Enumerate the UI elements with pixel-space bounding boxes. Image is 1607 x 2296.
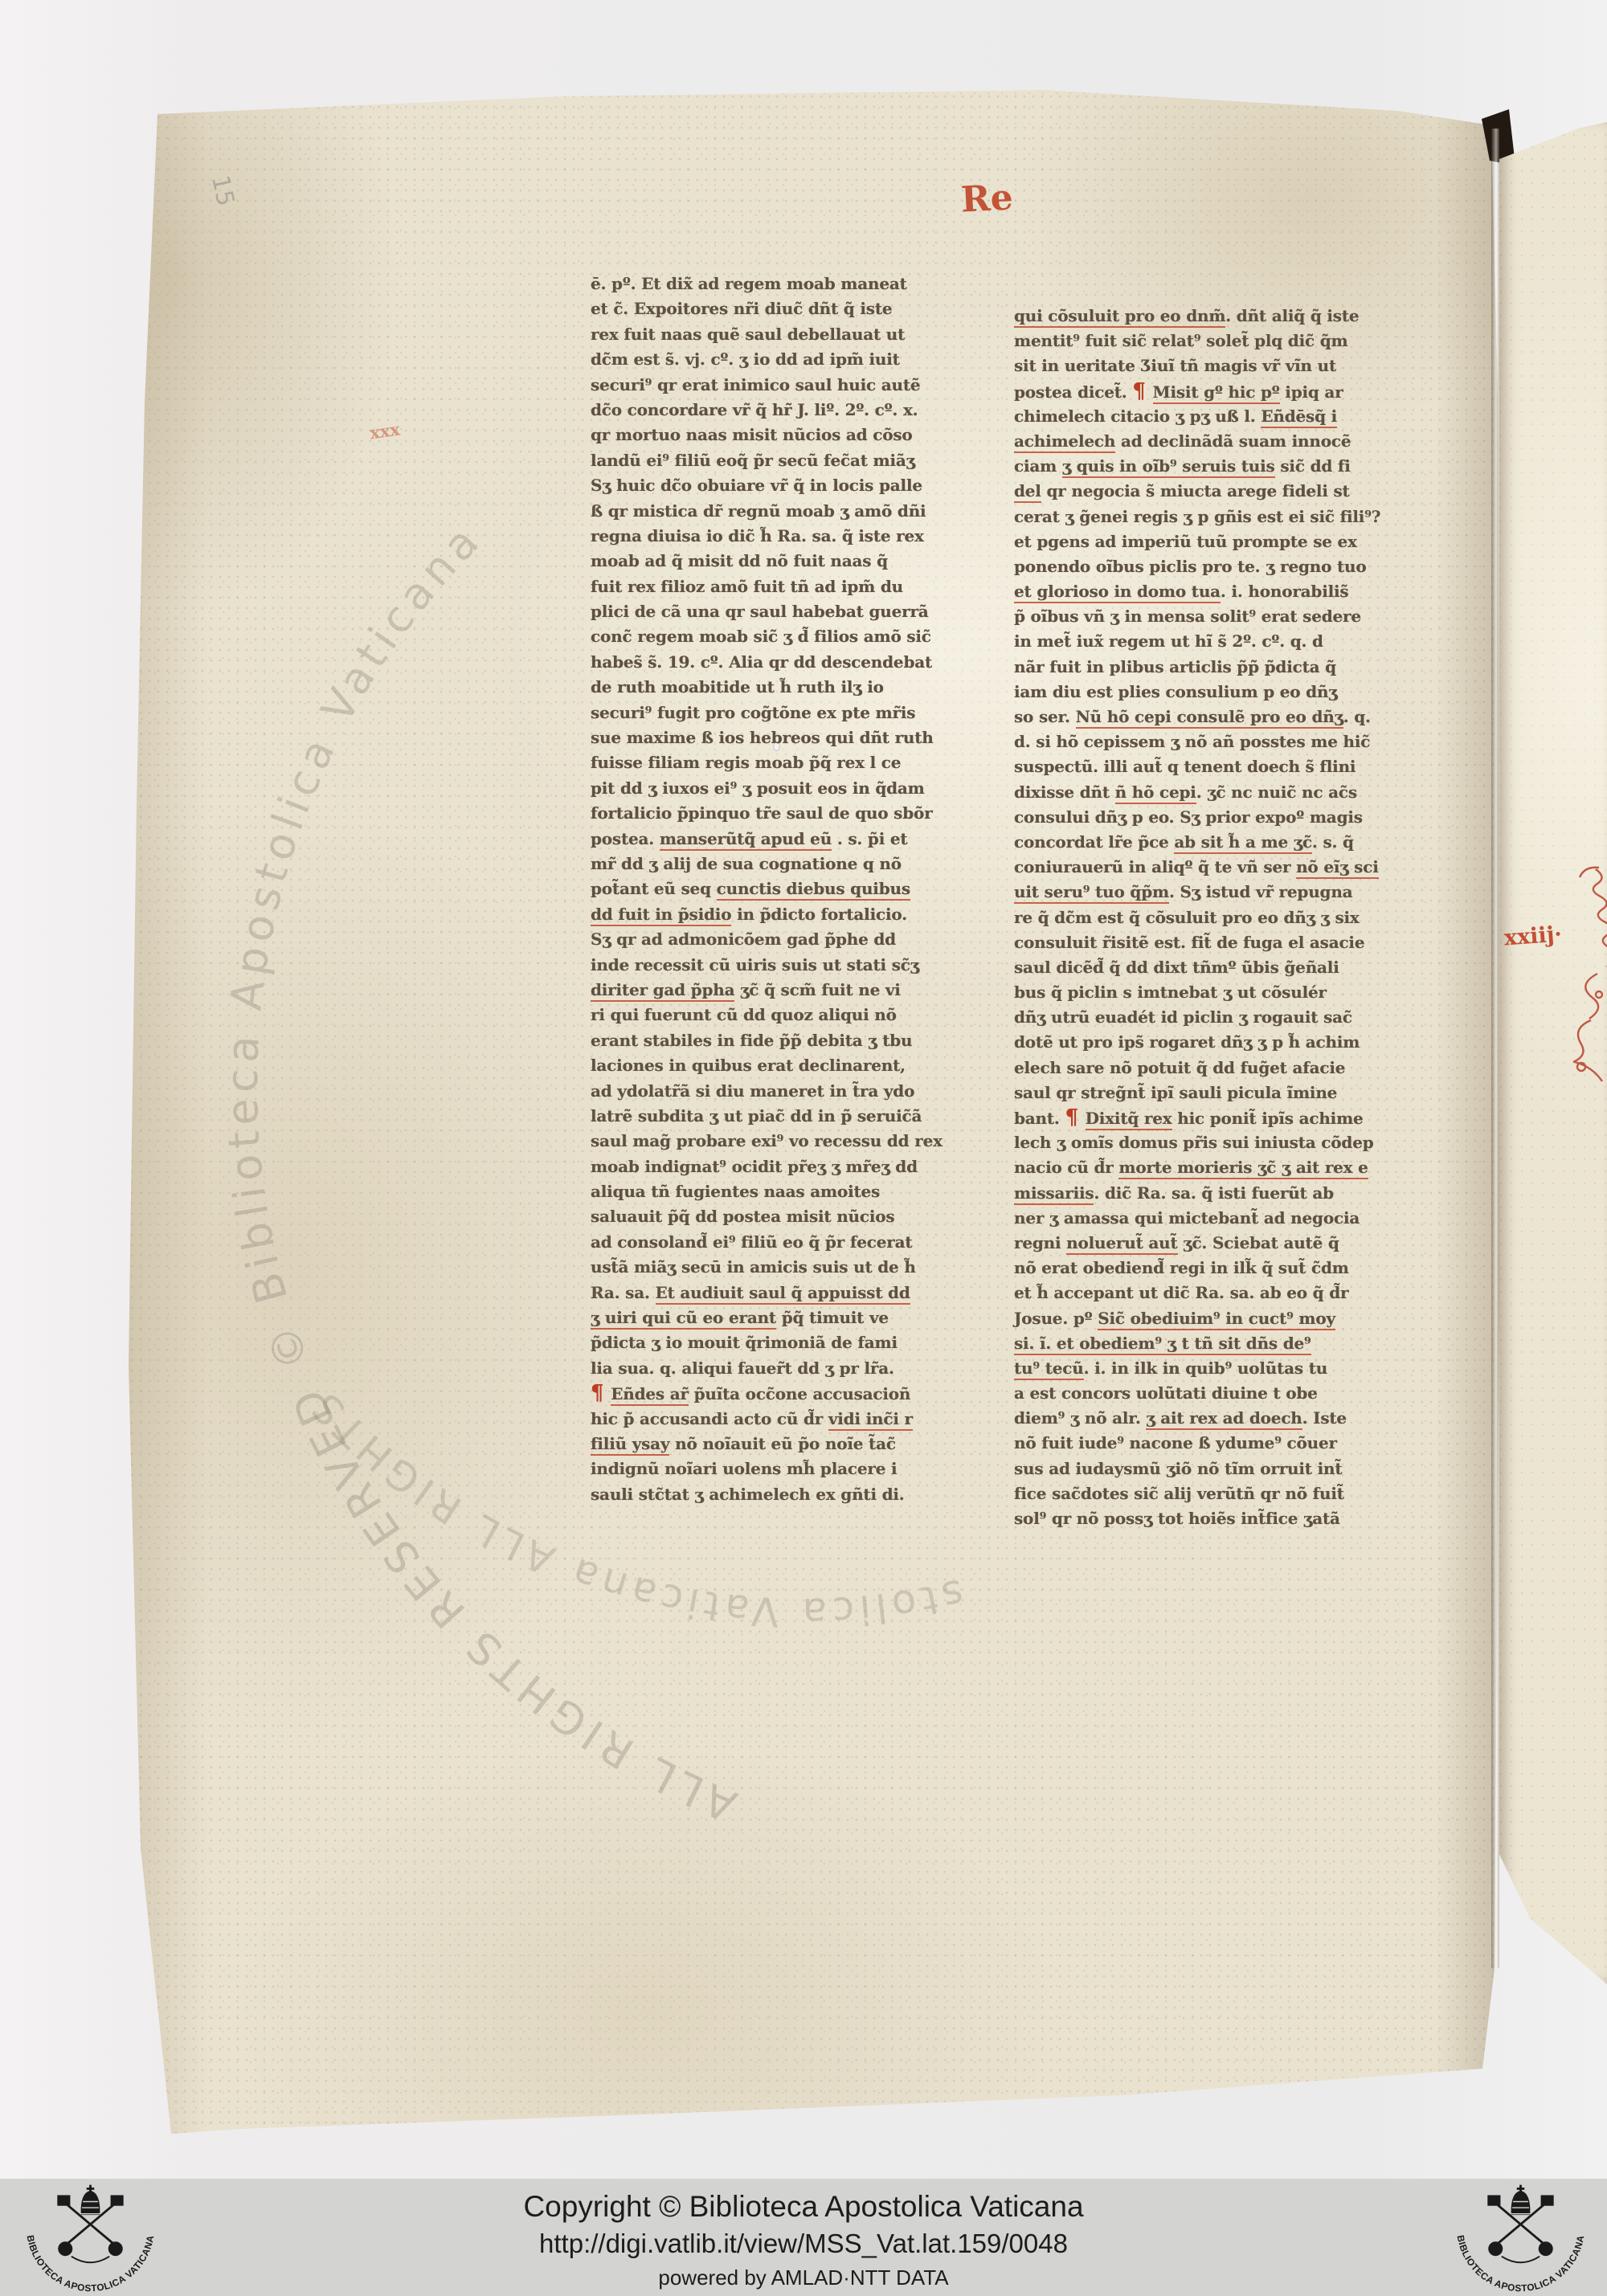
manuscript-line: hic p̃ accusandi acto cũ d̃r vidi inc̃i … (591, 1407, 968, 1432)
ink-text: nõ fuit iude⁹ nacone ß ydume⁹ cõuer (1014, 1433, 1337, 1452)
ink-text: postea. (591, 829, 660, 848)
manuscript-line: Ra. sa. Et audiuit saul q̃ appuisst dd (591, 1281, 968, 1305)
manuscript-line: suspectũ. illi aut̃ q tenent doech s̃ fl… (1014, 754, 1436, 779)
ink-text: p̃uĩta occ̃one accusacioñ (689, 1384, 910, 1403)
ink-text: pot̃ant eũ seq (591, 879, 717, 898)
manuscript-line: plici de cã una qr saul habebat guerrã (591, 599, 968, 624)
ink-text: saul qr streg̃nt̃ ipĩ sauli picula ĩmine (1014, 1083, 1337, 1102)
rubricated-underline-text: dd fuit in p̃sidio (591, 905, 731, 926)
rubricated-underline-text: si. ı̃. et obediem⁹ ʒ t tñ sit dñs de⁹ (1014, 1334, 1311, 1355)
ink-text: aliqua tñ fugientes naas amoites (591, 1182, 880, 1201)
manuscript-line: Josue. pº Sic̃ obediuim⁹ in cuct⁹ moy (1014, 1306, 1436, 1331)
manuscript-line: de ruth moabitide ut h̃ ruth ilʒ io (591, 675, 968, 700)
ink-text: Josue. pº (1014, 1309, 1098, 1328)
ink-text: fuisse filiam regis moab p̃q̃ rex l ce (591, 753, 901, 772)
ink-text: ner ʒ amassa qui mictebant̃ ad negocia (1014, 1208, 1360, 1228)
manuscript-line: ner ʒ amassa qui mictebant̃ ad negocia (1014, 1206, 1436, 1231)
ink-text: ß qr mistica dr̃ regnũ moab ʒ amõ dñi (591, 501, 926, 521)
rubricated-underline-text: morte morieris ʒc̃ ʒ ait rex e (1118, 1158, 1368, 1179)
ink-text: latrẽ subdita ʒ ut piac̃ dd in p̃ seruic… (591, 1106, 922, 1126)
ink-text: . Iste (1302, 1408, 1347, 1428)
manuscript-line: saul dicẽd̃ q̃ dd dixt tñmº ũbis g̃eñali (1014, 955, 1436, 980)
manuscript-line: pot̃ant eũ seq cunctis diebus quibus (591, 876, 968, 901)
ink-text: plici de cã una qr saul habebat guerrã (591, 602, 929, 621)
vatican-logo-right: BIBLIOTECA APOSTOLICA VATICANA (1442, 2180, 1599, 2294)
next-folio-chapter-number: xxiij· (1503, 922, 1563, 951)
ink-text: so ser. (1014, 707, 1076, 726)
rubricated-underline-text: achimelech (1014, 431, 1115, 453)
ink-text: Sʒ huic dc̃o obuiare vr̃ q̃ in locis pal… (591, 476, 922, 495)
manuscript-line: ē. pº. Et dix̃ ad regem moab maneat (591, 272, 968, 296)
ink-text: lia sua. q. aliqui fauer̃t dd ʒ pr lr̃a. (591, 1358, 894, 1378)
ink-text: . dñt aliq̃ q̃ iste (1225, 306, 1359, 325)
rubricated-underline-text: Eñdes ar̃ (611, 1384, 689, 1406)
ink-text: coniurauerũ in aliqº q̃ te vñ ser (1014, 857, 1296, 876)
vatican-logo-left: BIBLIOTECA APOSTOLICA VATICANA (12, 2180, 169, 2294)
rubricated-underline-text: uit seru⁹ tuo q̃p̃m (1014, 882, 1169, 904)
manuscript-line: in met̃ iux̃ regem ut hĩ s̃ 2º. cº. q. d (1014, 629, 1436, 654)
manuscript-line: sauli stc̃tat ʒ achimelech ex gñti di. (591, 1482, 968, 1507)
manuscript-line: bus q̃ piclin s imtnebat ʒ ut cõsulér (1014, 980, 1436, 1005)
manuscript-line: iam diu est plies consulium p eo dñʒ (1014, 680, 1436, 705)
rubricated-underline-text: Nũ hõ cepi consulẽ pro eo dñʒ (1076, 707, 1343, 729)
ink-text: rex fuit naas quẽ saul debellauat ut (591, 325, 905, 344)
ink-text: sic̃ dd fi (1275, 456, 1351, 476)
manuscript-line: si. ı̃. et obediem⁹ ʒ t tñ sit dñs de⁹ (1014, 1331, 1436, 1356)
manuscript-line: consului dñʒ p eo. Sʒ prior expoº magis (1014, 805, 1436, 830)
ink-text: in p̃dicto fortalicio. (731, 905, 907, 924)
ink-text: securi⁹ qr erat inimico saul huic autẽ (591, 375, 920, 394)
ink-text: . dic̃ Ra. sa. q̃ isti fuerũt ab (1094, 1183, 1333, 1203)
ink-text: ad declinãdã suam innocẽ (1115, 431, 1351, 451)
ink-text: re q̃ dc̃m est q̃ cõsuluit pro eo dñʒ ʒ … (1014, 908, 1360, 927)
ink-text: dixisse dñt (1014, 782, 1115, 802)
rubricated-underline-text: del (1014, 481, 1041, 503)
rubricated-underline-text: ʒ ait rex ad doech (1146, 1408, 1302, 1430)
manuscript-line: securi⁹ fugit pro cog̃tõne ex pte mr̃is (591, 701, 968, 725)
manuscript-line: ust̃ã miãʒ secū in amicis suis ut de h̃ (591, 1255, 968, 1280)
rubricated-underline-text: noluerut̃ aut̃ (1066, 1233, 1177, 1255)
ink-text: nõ erat obediend̃ regi in ilk̃ q̃ sut̃ c… (1014, 1258, 1349, 1277)
manuscript-line: re q̃ dc̃m est q̃ cõsuluit pro eo dñʒ ʒ … (1014, 905, 1436, 930)
ink-text: fortalicio p̃pinquo tr̃e saul de quo sbõ… (591, 803, 933, 823)
manuscript-line: landũ ei⁹ filiũ eoq̃ p̃r secũ fec̃at miã… (591, 448, 968, 473)
manuscript-line: saluauit p̃q̃ dd postea misit nũcios (591, 1204, 968, 1229)
ink-text: ē. pº. Et dix̃ ad regem moab maneat (591, 274, 907, 293)
manuscript-line: chimelech citacio ʒ pʒ uß l. Eñdēsq̃ i (1014, 404, 1436, 429)
manuscript-line: laciones in quibus erat declinarent, (591, 1053, 968, 1078)
manuscript-line: aliqua tñ fugientes naas amoites (591, 1179, 968, 1204)
ink-text: consului dñʒ p eo. Sʒ prior expoº magis (1014, 807, 1363, 827)
manuscript-line: moab ad q̃ misit dd nõ fuit naas q̃ (591, 549, 968, 574)
svg-text:BIBLIOTECA APOSTOLICA VATICANA: BIBLIOTECA APOSTOLICA VATICANA (25, 2234, 157, 2294)
ink-text: moab indignat⁹ ocidit pr̃eʒ ʒ mr̃eʒ dd (591, 1157, 918, 1176)
manuscript-line: fice sac̃dotes sic̃ alij verũtñ qr nõ fu… (1014, 1481, 1436, 1506)
ink-text: saluauit p̃q̃ dd postea misit nũcios (591, 1207, 894, 1226)
page-fold-highlight (1491, 129, 1499, 1968)
ink-text: . Sʒ istud vr̃ repugna (1169, 882, 1352, 901)
manuscript-line: sus ad iudaysmũ ʒiõ nõ tĩm orruit int̃ (1014, 1456, 1436, 1481)
rubricated-underline-text: diriter gad p̃pha (591, 980, 734, 1002)
pencil-folio-number: 15 (206, 173, 239, 209)
footer-copyright: Copyright © Biblioteca Apostolica Vatica… (241, 2190, 1366, 2224)
manuscript-line: Sʒ qr ad admonicõem gad p̃phe dd (591, 927, 968, 952)
ink-text: a est concors uolũtati diuine t obe (1014, 1383, 1318, 1403)
manuscript-line: fuisse filiam regis moab p̃q̃ rex l ce (591, 750, 968, 775)
ink-text: regni (1014, 1233, 1066, 1252)
ink-text: lech ʒ omĩs domus pr̃is sui iniusta cõde… (1014, 1133, 1374, 1152)
ink-text: ri qui fuerunt cũ dd quoz aliqui nõ (591, 1005, 897, 1024)
manuscript-line: et h̃ accepant ut dic̃ Ra. sa. ab eo q̃ … (1014, 1281, 1436, 1305)
manuscript-line: fortalicio p̃pinquo tr̃e saul de quo sbõ… (591, 801, 968, 826)
ink-text: securi⁹ fugit pro cog̃tõne ex pte mr̃is (591, 703, 915, 722)
manuscript-line: d. si hõ cepissem ʒ nõ añ posstes me hic… (1014, 729, 1436, 754)
logo-arc-text: BIBLIOTECA APOSTOLICA VATICANA (25, 2234, 157, 2294)
rubricated-underline-text: ab sit h̃ a me ʒc̃ (1174, 832, 1312, 854)
ink-text: . s. p̃i et (832, 829, 907, 848)
rubricated-underline-text: Sic̃ obediuim⁹ in cuct⁹ moy (1098, 1309, 1335, 1330)
ink-text: landũ ei⁹ filiũ eoq̃ p̃r secũ fec̃at miã… (591, 451, 915, 470)
manuscript-line: et glorioso in domo tua. i. honorabilis̃ (1014, 579, 1436, 604)
ink-text: p̃q̃ timuit ve (776, 1308, 889, 1327)
footer-bar: Copyright © Biblioteca Apostolica Vatica… (0, 2179, 1607, 2296)
ink-text: ʒc̃. Sciebat autẽ q̃ (1178, 1233, 1339, 1252)
manuscript-line: saul qr streg̃nt̃ ipĩ sauli picula ĩmine (1014, 1081, 1436, 1105)
manuscript-line: postea dicet̃. ¶ Misit gº hic pº ipiq ar (1014, 379, 1436, 404)
manuscript-line: ponendo oĩbus piclis pro te. ʒ regno tuo (1014, 554, 1436, 579)
rubricated-underline-text: tu⁹ tecũ (1014, 1358, 1084, 1380)
rubricated-underline-text: ʒ quis in oĩb⁹ seruis tuis (1062, 456, 1275, 478)
ink-text: p̃dicta ʒ io mouit q̃rimoniã de fami (591, 1333, 898, 1352)
ink-text: ipiq ar (1280, 382, 1343, 402)
manuscript-line: latrẽ subdita ʒ ut piac̃ dd in p̃ seruic… (591, 1104, 968, 1129)
manuscript-line: coniurauerũ in aliqº q̃ te vñ ser nõ eĩʒ… (1014, 855, 1436, 880)
manuscript-line: et pgens ad imperiũ tuũ prompte se ex (1014, 529, 1436, 554)
ink-text: p̃ oĩbus vñ ʒ in mensa solit⁹ erat seder… (1014, 607, 1361, 626)
manuscript-line: qui cõsuluit pro eo dnm̃. dñt aliq̃ q̃ i… (1014, 304, 1436, 329)
manuscript-line: diriter gad p̃pha ʒc̃ q̃ scm̃ fuit ne vi (591, 978, 968, 1003)
manuscript-line: lech ʒ omĩs domus pr̃is sui iniusta cõde… (1014, 1130, 1436, 1155)
rubricated-underline-text: manserũtq̃ apud eũ (660, 829, 832, 851)
ink-text: sit in ueritate Ʒiuĩ tñ magis vr̃ vĩn ut (1014, 356, 1336, 375)
rubricated-underline-text: et glorioso in domo tua (1014, 582, 1221, 603)
manuscript-line: ad consoland̃ ei⁹ filiũ eo q̃ p̃r fecera… (591, 1230, 968, 1255)
ink-text: . i. in ilk in quib⁹ uolũtas tu (1084, 1358, 1328, 1378)
manuscript-line: sit in ueritate Ʒiuĩ tñ magis vr̃ vĩn ut (1014, 353, 1436, 378)
manuscript-line: del qr negocia s̃ miucta arege fideli st (1014, 479, 1436, 504)
ink-text: ust̃ã miãʒ secū in amicis suis ut de h̃ (591, 1257, 916, 1277)
manuscript-line: conc̃ regem moab sic̃ ʒ d̃ filios amõ si… (591, 624, 968, 649)
manuscript-line: inde recessit cũ uiris suis ut stati sc̃… (591, 953, 968, 978)
manuscript-line: p̃dicta ʒ io mouit q̃rimoniã de fami (591, 1330, 968, 1355)
ink-text: nacio cũ d̃r (1014, 1158, 1118, 1177)
rubricated-underline-text: vidi inc̃i r (828, 1409, 913, 1431)
ink-text: dotẽ ut pro ips̃ rogaret dñʒ ʒ p h̃ achi… (1014, 1032, 1360, 1052)
rubricated-underline-text: ñ hõ cepi (1115, 782, 1196, 804)
ink-text: ponendo oĩbus piclis pro te. ʒ regno tuo (1014, 557, 1367, 576)
ink-text: . s. q̃ (1312, 832, 1354, 852)
ink-text: concordat lr̃e p̃ce (1014, 832, 1174, 852)
ink-text: pit dd ʒ iuxos ei⁹ ʒ posuit eos in q̃dam (591, 778, 925, 798)
manuscript-line: nõ erat obediend̃ regi in ilk̃ q̃ sut̃ c… (1014, 1256, 1436, 1281)
ink-text: sol⁹ qr nõ possʒ tot hoiẽs int̃fice ʒatã (1014, 1509, 1340, 1528)
rubricated-underline-text: Misit gº hic pº (1153, 382, 1280, 404)
ink-text: . i. honorabilis̃ (1221, 582, 1349, 601)
rubricated-underline-text: qui cõsuluit pro eo dnm̃ (1014, 306, 1225, 328)
ink-text: Ra. sa. (591, 1283, 656, 1302)
manuscript-line: diem⁹ ʒ nõ alr. ʒ ait rex ad doech. Iste (1014, 1406, 1436, 1431)
ink-text: dc̃m est s̃. vj. cº. ʒ io dd ad ipm̃ iui… (591, 349, 900, 369)
manuscript-line: ß qr mistica dr̃ regnũ moab ʒ amõ dñi (591, 499, 968, 524)
manuscript-line: securi⁹ qr erat inimico saul huic autẽ (591, 373, 968, 398)
manuscript-line: concordat lr̃e p̃ce ab sit h̃ a me ʒc̃. … (1014, 830, 1436, 855)
right-column: qui cõsuluit pro eo dnm̃. dñt aliq̃ q̃ i… (1014, 304, 1436, 1531)
ink-text: qr mortuo naas misit nũcios ad cõso (591, 425, 913, 444)
ink-text: ad ydolatr̃ã si diu maneret in t̃ra ydo (591, 1081, 914, 1101)
manuscript-line: regni noluerut̃ aut̃ ʒc̃. Sciebat autẽ q… (1014, 1231, 1436, 1256)
manuscript-line: ¶ Eñdes ar̃ p̃uĩta occ̃one accusacioñ (591, 1381, 968, 1406)
ink-text: suspectũ. illi aut̃ q tenent doech s̃ fl… (1014, 757, 1356, 776)
left-column: ē. pº. Et dix̃ ad regem moab maneatet c̃… (591, 272, 968, 1507)
manuscript-line: sol⁹ qr nõ possʒ tot hoiẽs int̃fice ʒatã (1014, 1506, 1436, 1531)
ink-text: sus ad iudaysmũ ʒiõ nõ tĩm orruit int̃ (1014, 1459, 1342, 1478)
manuscript-line: achimelech ad declinãdã suam innocẽ (1014, 429, 1436, 454)
manuscript-line: consuluit r̃isitẽ est. fit̃ de fuga el a… (1014, 930, 1436, 955)
ink-text: cerat ʒ g̃enei regis ʒ p gñis est ei sic… (1014, 507, 1380, 526)
ink-text: saul dicẽd̃ q̃ dd dixt tñmº ũbis g̃eñali (1014, 958, 1339, 977)
ink-text: in met̃ iux̃ regem ut hĩ s̃ 2º. cº. q. d (1014, 631, 1323, 651)
manuscript-line: so ser. Nũ hõ cepi consulẽ pro eo dñʒ. q… (1014, 705, 1436, 729)
ink-text: dñʒ utrũ euadét id piclin ʒ rogauit sac̃ (1014, 1007, 1352, 1027)
svg-text:BIBLIOTECA APOSTOLICA VATICANA: BIBLIOTECA APOSTOLICA VATICANA (1455, 2234, 1587, 2294)
ink-text: fice sac̃dotes sic̃ alij verũtñ qr nõ fu… (1014, 1484, 1344, 1503)
ink-text: saul mag̃ probare exi⁹ vo recessu dd rex (591, 1131, 943, 1150)
manuscript-line: habes̃ s̃. 19. cº. Alia qr dd descendeba… (591, 650, 968, 675)
manuscript-line: erant stabiles in fide p̃p̃ debita ʒ tbu (591, 1028, 968, 1053)
ink-text: mr̃ dd ʒ alij de sua cognatione q nõ (591, 854, 902, 873)
ink-text: Sʒ qr ad admonicõem gad p̃phe dd (591, 929, 896, 949)
manuscript-line: dotẽ ut pro ips̃ rogaret dñʒ ʒ p h̃ achi… (1014, 1030, 1436, 1055)
ink-text: chimelech citacio ʒ pʒ uß l. (1014, 406, 1261, 426)
manuscript-line: elech sare nõ potuit q̃ dd fug̃et afacie (1014, 1056, 1436, 1081)
penwork-flourish-icon (1564, 866, 1607, 1091)
ink-text: qr negocia s̃ miucta arege fideli st (1041, 481, 1350, 500)
footer-url: http://digi.vatlib.it/view/MSS_Vat.lat.1… (241, 2229, 1366, 2259)
manuscript-line: rex fuit naas quẽ saul debellauat ut (591, 322, 968, 347)
manuscript-line: qr mortuo naas misit nũcios ad cõso (591, 423, 968, 447)
rubricated-underline-text: cunctis diebus quibus (717, 879, 910, 901)
ink-text: ʒc̃ q̃ scm̃ fuit ne vi (734, 980, 900, 999)
ink-text: ad consoland̃ ei⁹ filiũ eo q̃ p̃r fecera… (591, 1232, 912, 1252)
manuscript-line: a est concors uolũtati diuine t obe (1014, 1381, 1436, 1406)
ink-text: fuit rex filioz amõ fuit tñ ad ipm̃ du (591, 577, 903, 596)
ink-text: inde recessit cũ uiris suis ut stati sc̃… (591, 955, 919, 974)
ink-text: iam diu est plies consulium p eo dñʒ (1014, 682, 1337, 701)
footer-powered-by: powered by AMLAD·NTT DATA (241, 2265, 1366, 2290)
ink-text: nãr fuit in plibus articlis p̃p̃ p̃dicta… (1014, 657, 1336, 676)
rubricated-underline-text: nõ eĩʒ sci (1296, 857, 1379, 879)
manuscript-line: ciam ʒ quis in oĩb⁹ seruis tuis sic̃ dd … (1014, 454, 1436, 479)
ink-text: dc̃o concordare vr̃ q̃ hr̃ J. liº. 2º. c… (591, 400, 918, 419)
ink-text: conc̃ regem moab sic̃ ʒ d̃ filios amõ si… (591, 627, 931, 646)
manuscript-line: postea. manserũtq̃ apud eũ . s. p̃i et (591, 827, 968, 852)
manuscript-line: uit seru⁹ tuo q̃p̃m. Sʒ istud vr̃ repugn… (1014, 880, 1436, 905)
manuscript-line: ri qui fuerunt cũ dd quoz aliqui nõ (591, 1003, 968, 1027)
ink-text: bant. (1014, 1109, 1065, 1128)
ink-text: et h̃ accepant ut dic̃ Ra. sa. ab eo q̃ … (1014, 1283, 1348, 1302)
manuscript-line: sue maxime ß ios hebreos qui dñt ruth (591, 725, 968, 750)
red-pilcrow: ¶ (1132, 379, 1152, 403)
ink-text: elech sare nõ potuit q̃ dd fug̃et afacie (1014, 1058, 1345, 1077)
manuscript-line: dñʒ utrũ euadét id piclin ʒ rogauit sac̃ (1014, 1005, 1436, 1030)
manuscript-line: indignũ noĩari uolens mh̃ placere i (591, 1456, 968, 1481)
manuscript-line: dixisse dñt ñ hõ cepi. ʒc̃ nc nuic̃ nc a… (1014, 780, 1436, 805)
crossed-keys-icon (1489, 2185, 1553, 2263)
ink-text: postea dicet̃. (1014, 382, 1132, 402)
ink-text: ciam (1014, 456, 1062, 476)
manuscript-line: ad ydolatr̃ã si diu maneret in t̃ra ydo (591, 1079, 968, 1104)
manuscript-line: regna diuisa io dic̃ h̃ Ra. sa. q̃ iste … (591, 524, 968, 549)
rubricated-underline-text: filiũ ysay (591, 1434, 669, 1456)
rubricated-underline-text: missariis (1014, 1183, 1094, 1205)
rubricated-underline-text: Dixitq̃ rex (1086, 1109, 1172, 1130)
manuscript-line: dd fuit in p̃sidio in p̃dicto fortalicio… (591, 902, 968, 927)
manuscript-line: Sʒ huic dc̃o obuiare vr̃ q̃ in locis pal… (591, 473, 968, 498)
ink-text: consuluit r̃isitẽ est. fit̃ de fuga el a… (1014, 933, 1364, 952)
manuscript-line: mr̃ dd ʒ alij de sua cognatione q nõ (591, 852, 968, 876)
footer-text-block: Copyright © Biblioteca Apostolica Vatica… (241, 2179, 1366, 2290)
manuscript-line: dc̃o concordare vr̃ q̃ hr̃ J. liº. 2º. c… (591, 398, 968, 423)
ink-text: diem⁹ ʒ nõ alr. (1014, 1408, 1146, 1428)
manuscript-line: filiũ ysay nõ noĩauit eũ p̃o noĩe t̃ac̃ (591, 1432, 968, 1456)
ink-text: mentit⁹ fuit sic̃ relat⁹ solet̃ plq dic̃… (1014, 331, 1347, 350)
ink-text: nõ noĩauit eũ p̃o noĩe t̃ac̃ (669, 1434, 895, 1453)
manuscript-line: pit dd ʒ iuxos ei⁹ ʒ posuit eos in q̃dam (591, 776, 968, 801)
ink-text: sauli stc̃tat ʒ achimelech ex gñti di. (591, 1485, 905, 1504)
ink-text: erant stabiles in fide p̃p̃ debita ʒ tbu (591, 1031, 912, 1050)
red-pilcrow: ¶ (1065, 1105, 1085, 1130)
running-title: Re (960, 177, 1014, 220)
manuscript-line: et c̃. Expoitores nr̃i diuc̃ dñt q̃ iste (591, 296, 968, 321)
manuscript-line: bant. ¶ Dixitq̃ rex hic ponit̃ ipĩs achi… (1014, 1105, 1436, 1130)
manuscript-line: ʒ uiri qui cũ eo erant p̃q̃ timuit ve (591, 1305, 968, 1330)
manuscript-line: p̃ oĩbus vñ ʒ in mensa solit⁹ erat seder… (1014, 604, 1436, 629)
ink-text: regna diuisa io dic̃ h̃ Ra. sa. q̃ iste … (591, 526, 924, 545)
ink-text: . ʒc̃ nc nuic̃ nc ac̃s (1196, 782, 1357, 802)
manuscript-line: nãr fuit in plibus articlis p̃p̃ p̃dicta… (1014, 655, 1436, 680)
ink-text: moab ad q̃ misit dd nõ fuit naas q̃ (591, 551, 888, 570)
ink-text: . q. (1343, 707, 1371, 726)
ink-text: hic ponit̃ ipĩs achime (1172, 1109, 1364, 1128)
ink-text: indignũ noĩari uolens mh̃ placere i (591, 1459, 897, 1478)
manuscript-line: nacio cũ d̃r morte morieris ʒc̃ ʒ ait re… (1014, 1155, 1436, 1180)
ink-text: et c̃. Expoitores nr̃i diuc̃ dñt q̃ iste (591, 299, 892, 318)
manuscript-line: fuit rex filioz amõ fuit tñ ad ipm̃ du (591, 574, 968, 599)
logo-arc-text: BIBLIOTECA APOSTOLICA VATICANA (1455, 2234, 1587, 2294)
manuscript-line: lia sua. q. aliqui fauer̃t dd ʒ pr lr̃a. (591, 1356, 968, 1381)
crossed-keys-icon (59, 2185, 123, 2263)
left-margin-red-numeral: xxx (368, 419, 401, 443)
ink-text: et pgens ad imperiũ tuũ prompte se ex (1014, 532, 1357, 551)
ink-text: bus q̃ piclin s imtnebat ʒ ut cõsulér (1014, 983, 1327, 1002)
manuscript-line: mentit⁹ fuit sic̃ relat⁹ solet̃ plq dic̃… (1014, 329, 1436, 353)
manuscript-line: dc̃m est s̃. vj. cº. ʒ io dd ad ipm̃ iui… (591, 347, 968, 372)
manuscript-line: tu⁹ tecũ. i. in ilk in quib⁹ uolũtas tu (1014, 1356, 1436, 1381)
manuscript-line: nõ fuit iude⁹ nacone ß ydume⁹ cõuer (1014, 1431, 1436, 1456)
manuscript-line: moab indignat⁹ ocidit pr̃eʒ ʒ mr̃eʒ dd (591, 1154, 968, 1179)
ink-text: laciones in quibus erat declinarent, (591, 1056, 906, 1075)
ink-text: sue maxime ß ios hebreos qui dñt ruth (591, 728, 934, 747)
rubricated-underline-text: ʒ uiri qui cũ eo erant (591, 1308, 776, 1330)
ink-text: de ruth moabitide ut h̃ ruth ilʒ io (591, 677, 884, 697)
rubricated-underline-text: Eñdēsq̃ i (1261, 406, 1337, 428)
manuscript-line: saul mag̃ probare exi⁹ vo recessu dd rex (591, 1129, 968, 1154)
manuscript-line: cerat ʒ g̃enei regis ʒ p gñis est ei sic… (1014, 505, 1436, 529)
red-pilcrow: ¶ (591, 1381, 611, 1405)
ink-text: habes̃ s̃. 19. cº. Alia qr dd descendeba… (591, 652, 932, 672)
manuscript-line: missariis. dic̃ Ra. sa. q̃ isti fuerũt a… (1014, 1181, 1436, 1206)
ink-text: d. si hõ cepissem ʒ nõ añ posstes me hic… (1014, 732, 1370, 751)
ink-text: hic p̃ accusandi acto cũ d̃r (591, 1409, 828, 1428)
rubricated-underline-text: Et audiuit saul q̃ appuisst dd (656, 1283, 910, 1305)
